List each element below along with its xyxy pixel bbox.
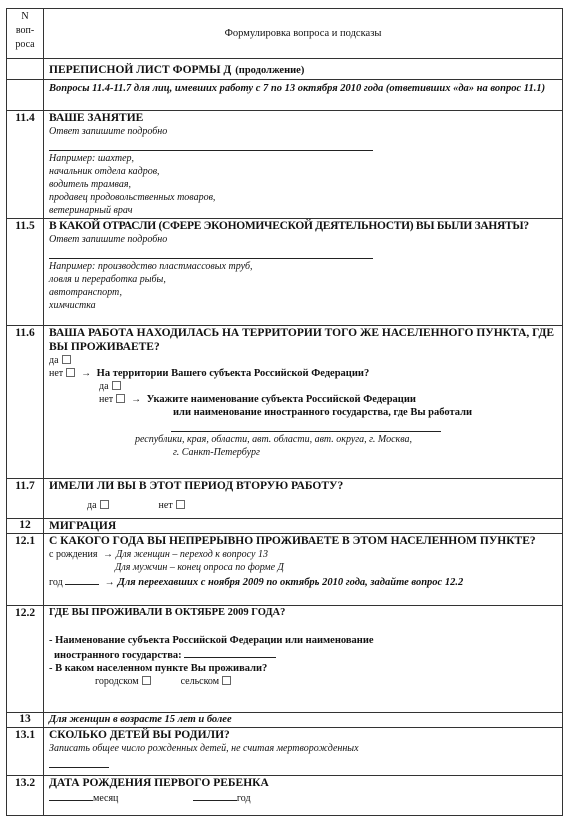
answer-line[interactable] [171,421,441,432]
checkbox-icon[interactable] [62,355,71,364]
option-rural[interactable]: сельском [181,676,234,687]
arrow-right-icon: → [105,577,115,588]
question-number: 13.1 [7,728,44,776]
table-header-row: N воп- роса Формулировка вопроса и подск… [7,9,563,59]
men-note: Для мужчин – конец опроса по форме Д [49,561,557,574]
question-row-11-6: 11.6 ВАША РАБОТА НАХОДИЛАСЬ НА ТЕРРИТОРИ… [7,326,563,479]
sub-option-yes[interactable]: да [49,380,557,393]
sub-option-no-label: нет [99,394,113,405]
answer-line[interactable] [49,757,109,768]
question-number: 13.2 [7,776,44,816]
checkbox-icon[interactable] [66,368,75,377]
option-yes[interactable]: да [87,500,112,511]
question-hint: Ответ запишите подробно [49,233,557,246]
arrow-right-icon: → [131,394,141,405]
option-since-birth[interactable]: с рождения →Для женщин – переход к вопро… [49,548,557,561]
empty-num-cell [7,80,44,111]
month-input-line[interactable] [49,790,93,801]
country-input-line[interactable] [184,647,276,658]
question-row-12-2: 12.2 ГДЕ ВЫ ПРОЖИВАЛИ В ОКТЯБРЕ 2009 ГОД… [7,606,563,713]
section-row-12: 12 МИГРАЦИЯ [7,519,563,534]
checkbox-icon[interactable] [100,500,109,509]
form-title: ПЕРЕПИСНОЙ ЛИСТ ФОРМЫ Д [49,64,231,76]
example-2: ловля и переработка рыбы, [49,273,557,286]
question-row-11-7: 11.7 ИМЕЛИ ЛИ ВЫ В ЭТОТ ПЕРИОД ВТОРУЮ РА… [7,479,563,519]
question-number: 11.5 [7,219,44,326]
instruction-line-1: Укажите наименование субъекта Российской… [147,394,416,405]
question-text: С КАКОГО ГОДА ВЫ НЕПРЕРЫВНО ПРОЖИВАЕТЕ В… [49,534,557,548]
option-year[interactable]: год →Для переехавших с ноября 2009 по ок… [49,574,557,589]
women-note: Для женщин – переход к вопросу 13 [116,549,268,560]
question-row-13-1: 13.1 СКОЛЬКО ДЕТЕЙ ВЫ РОДИЛИ? Записать о… [7,728,563,776]
question-cell: ИМЕЛИ ЛИ ВЫ В ЭТОТ ПЕРИОД ВТОРУЮ РАБОТУ?… [44,479,563,519]
example-1: Например: шахтер, [49,152,557,165]
example-4: химчистка [49,299,557,312]
example-4: продавец продовольственных товаров, [49,191,557,204]
header-num-line-2: воп- [11,24,39,38]
section-title: Для женщин в возрасте 15 лет и более [44,713,563,728]
question-hint: Ответ запишите подробно [49,125,557,138]
example-5: ветеринарный врач [49,204,557,217]
item-2: - В каком населенном пункте Вы проживали… [49,662,557,675]
question-text: ДАТА РОЖДЕНИЯ ПЕРВОГО РЕБЕНКА [49,776,557,790]
question-hint: Записать общее число рожденных детей, не… [49,742,557,755]
rural-label: сельском [181,676,219,687]
question-row-13-2: 13.2 ДАТА РОЖДЕНИЯ ПЕРВОГО РЕБЕНКА месяц… [7,776,563,816]
empty-num-cell [7,59,44,80]
sub-option-yes-label: да [99,381,109,392]
header-num-line-1: N [11,10,39,24]
header-text-col: Формулировка вопроса и подсказы [44,9,563,59]
year-label: год [49,577,63,588]
note-line-1: республики, края, области, авт. области,… [49,433,557,446]
header-num-col: N воп- роса [7,9,44,59]
year-input-line[interactable] [193,790,237,801]
question-number: 11.4 [7,111,44,219]
question-row-12-1: 12.1 С КАКОГО ГОДА ВЫ НЕПРЕРЫВНО ПРОЖИВА… [7,534,563,606]
section-number: 13 [7,713,44,728]
movers-note: Для переехавших с ноября 2009 по октябрь… [118,577,464,588]
example-1: Например: производство пластмассовых тру… [49,260,557,273]
option-no[interactable]: нет [159,500,188,511]
answer-line[interactable] [49,248,373,259]
question-number: 11.6 [7,326,44,479]
arrow-right-icon: → [81,368,91,379]
question-cell: СКОЛЬКО ДЕТЕЙ ВЫ РОДИЛИ? Записать общее … [44,728,563,776]
year-label: год [237,793,251,804]
checkbox-icon[interactable] [142,676,151,685]
section-title: МИГРАЦИЯ [44,519,563,534]
question-text: ВАШЕ ЗАНЯТИЕ [49,111,557,125]
question-row-11-4: 11.4 ВАШЕ ЗАНЯТИЕ Ответ запишите подробн… [7,111,563,219]
item-1-line-a: - Наименование субъекта Российской Федер… [49,634,557,647]
form-title-row: ПЕРЕПИСНОЙ ЛИСТ ФОРМЫ Д (продолжение) [7,59,563,80]
checkbox-icon[interactable] [116,394,125,403]
month-label: месяц [93,793,118,804]
header-num-line-3: роса [11,38,39,52]
example-3: автотранспорт, [49,286,557,299]
example-3: водитель трамвая, [49,178,557,191]
section-number: 12 [7,519,44,534]
question-number: 11.7 [7,479,44,519]
form-title-suffix: (продолжение) [235,65,304,76]
instruction-line-2: или наименование иностранного государств… [49,406,557,419]
question-row-11-5: 11.5 В КАКОЙ ОТРАСЛИ (СФЕРЕ ЭКОНОМИЧЕСКО… [7,219,563,326]
arrow-right-icon: → [103,549,113,560]
question-text: ВАША РАБОТА НАХОДИЛАСЬ НА ТЕРРИТОРИИ ТОГ… [49,326,557,354]
sub-option-no[interactable]: нет→ Укажите наименование субъекта Росси… [49,393,557,406]
checkbox-icon[interactable] [222,676,231,685]
option-no-label: нет [49,368,63,379]
item-1-line-b: иностранного государства: [54,650,182,661]
question-text: СКОЛЬКО ДЕТЕЙ ВЫ РОДИЛИ? [49,728,557,742]
section-subtitle: Вопросы 11.4-11.7 для лиц, имевших работ… [44,80,563,111]
note-line-2: г. Санкт-Петербург [49,446,557,459]
answer-line[interactable] [49,140,373,151]
question-cell: С КАКОГО ГОДА ВЫ НЕПРЕРЫВНО ПРОЖИВАЕТЕ В… [44,534,563,606]
example-2: начальник отдела кадров, [49,165,557,178]
question-text: ИМЕЛИ ЛИ ВЫ В ЭТОТ ПЕРИОД ВТОРУЮ РАБОТУ? [49,479,557,493]
since-birth-label: с рождения [49,549,97,560]
section-row-13: 13 Для женщин в возрасте 15 лет и более [7,713,563,728]
option-no[interactable]: нет→ На территории Вашего субъекта Росси… [49,367,557,380]
form-title-cell: ПЕРЕПИСНОЙ ЛИСТ ФОРМЫ Д (продолжение) [44,59,563,80]
urban-label: городском [95,676,139,687]
question-number: 12.1 [7,534,44,606]
question-cell: В КАКОЙ ОТРАСЛИ (СФЕРЕ ЭКОНОМИЧЕСКОЙ ДЕЯ… [44,219,563,326]
question-cell: ВАША РАБОТА НАХОДИЛАСЬ НА ТЕРРИТОРИИ ТОГ… [44,326,563,479]
option-yes-label: да [87,500,97,511]
sub-question-text: На территории Вашего субъекта Российской… [97,368,370,379]
question-number: 12.2 [7,606,44,713]
option-urban[interactable]: городском [95,676,154,687]
option-no-label: нет [159,500,173,511]
year-input-line[interactable] [65,574,99,585]
checkbox-icon[interactable] [176,500,185,509]
question-text: ГДЕ ВЫ ПРОЖИВАЛИ В ОКТЯБРЕ 2009 ГОДА? [49,606,557,620]
census-form-table: N воп- роса Формулировка вопроса и подск… [6,8,563,816]
option-yes-label: да [49,355,59,366]
checkbox-icon[interactable] [112,381,121,390]
subtitle-row: Вопросы 11.4-11.7 для лиц, имевших работ… [7,80,563,111]
question-cell: ВАШЕ ЗАНЯТИЕ Ответ запишите подробно Нап… [44,111,563,219]
option-yes[interactable]: да [49,354,557,367]
question-text: В КАКОЙ ОТРАСЛИ (СФЕРЕ ЭКОНОМИЧЕСКОЙ ДЕЯ… [49,219,557,233]
question-cell: ГДЕ ВЫ ПРОЖИВАЛИ В ОКТЯБРЕ 2009 ГОДА? - … [44,606,563,713]
question-cell: ДАТА РОЖДЕНИЯ ПЕРВОГО РЕБЕНКА месяц год [44,776,563,816]
